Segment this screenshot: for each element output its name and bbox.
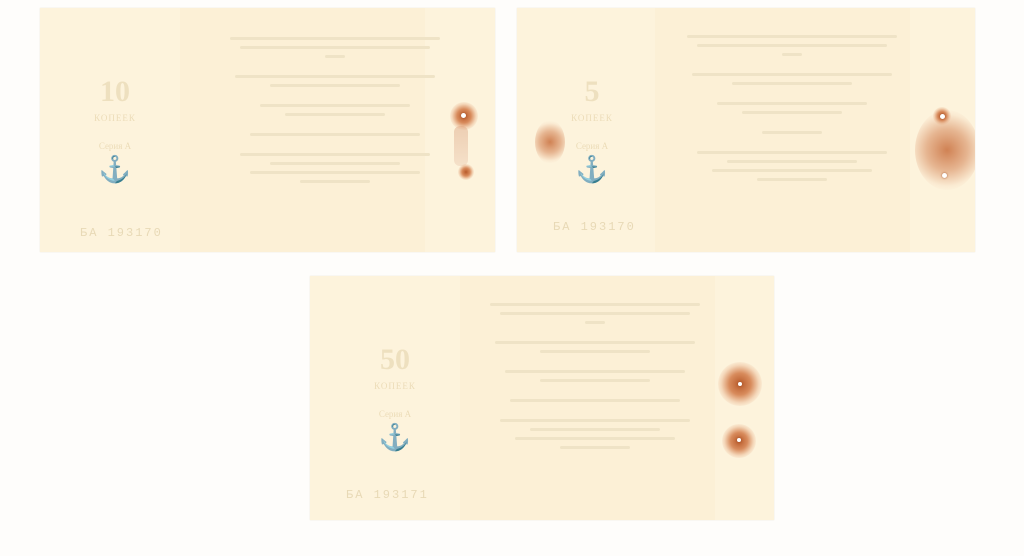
denomination: 10 (100, 77, 130, 107)
anchor-icon: ⚓ (576, 157, 608, 183)
unit-label: КОПЕЕК (374, 381, 416, 391)
series-label: Серия А (379, 409, 411, 419)
unit-label: КОПЕЕК (571, 113, 613, 123)
faint-text-block (480, 300, 710, 452)
anchor-icon: ⚓ (99, 157, 131, 183)
staple-hole (738, 382, 742, 386)
staple-hole (940, 114, 945, 119)
staple-hole (942, 173, 947, 178)
serial-number: БА 193171 (346, 488, 429, 502)
cheque-5-kopecks: 5 КОПЕЕК Серия А ⚓ БА 193170 (517, 8, 975, 252)
series-label: Серия А (576, 141, 608, 151)
denomination: 5 (585, 77, 600, 107)
rust-stain (535, 120, 565, 164)
serial-number: БА 193170 (553, 220, 636, 234)
serial-number: БА 193170 (80, 226, 163, 240)
denomination-stub: 10 КОПЕЕК Серия А ⚓ (60, 8, 170, 252)
denomination-stub: 50 КОПЕЕК Серия А ⚓ (340, 276, 450, 520)
denomination: 50 (380, 345, 410, 375)
series-label: Серия А (99, 141, 131, 151)
rust-stain (458, 164, 474, 180)
rust-streak (454, 126, 468, 166)
anchor-icon: ⚓ (379, 425, 411, 451)
cheque-10-kopecks: 10 КОПЕЕК Серия А ⚓ БА 193170 (40, 8, 495, 252)
faint-text-block (220, 34, 450, 186)
staple-hole (737, 438, 741, 442)
staple-hole (461, 113, 466, 118)
unit-label: КОПЕЕК (94, 113, 136, 123)
faint-text-block (677, 32, 907, 184)
cheque-50-kopecks: 50 КОПЕЕК Серия А ⚓ БА 193171 (310, 276, 774, 520)
